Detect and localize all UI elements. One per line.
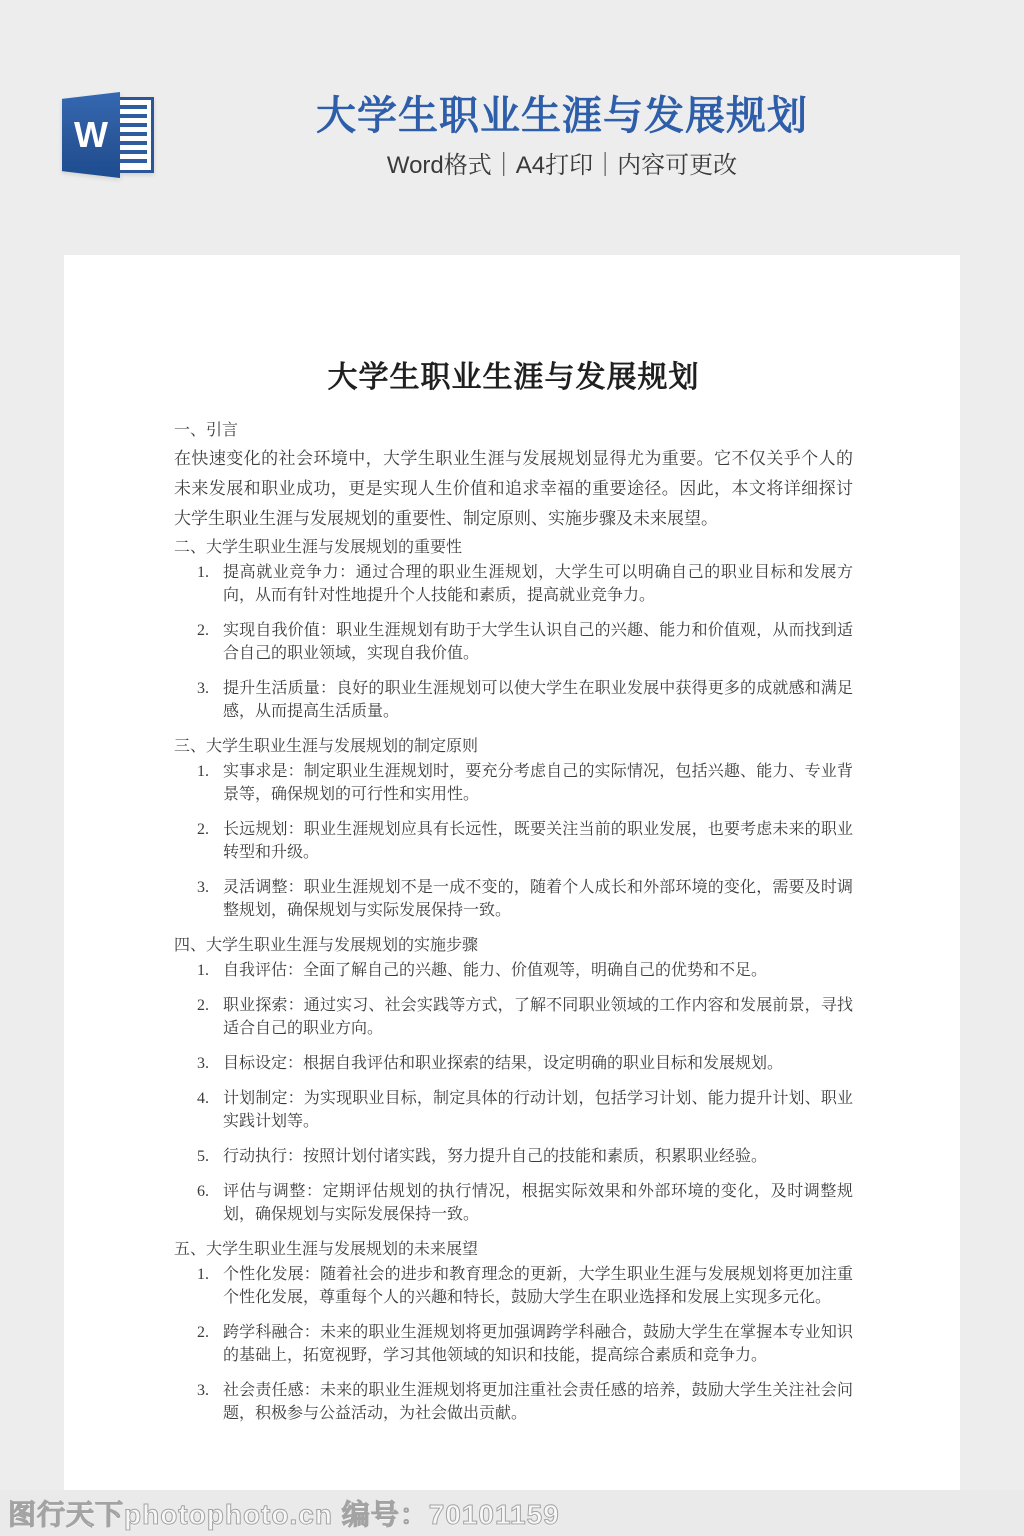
list-item-text: 灵活调整：职业生涯规划不是一成不变的，随着个人成长和外部环境的变化，需要及时调整… [223, 876, 853, 922]
list-item-number: 2. [197, 619, 223, 665]
list-item-text: 自我评估：全面了解自己的兴趣、能力、价值观等，明确自己的优势和不足。 [223, 959, 853, 982]
template-preview-page: { "header": { "title": "大学生职业生涯与发展规划", "… [0, 0, 1024, 1536]
list-item: 1.自我评估：全面了解自己的兴趣、能力、价值观等，明确自己的优势和不足。 [174, 959, 853, 982]
list-item: 1.个性化发展：随着社会的进步和教育理念的更新，大学生职业生涯与发展规划将更加注… [174, 1263, 853, 1309]
list-item: 4.计划制定：为实现职业目标，制定具体的行动计划，包括学习计划、能力提升计划、职… [174, 1087, 853, 1133]
header-title: 大学生职业生涯与发展规划 [100, 92, 1024, 140]
document-body: 一、引言在快速变化的社会环境中，大学生职业生涯与发展规划显得尤为重要。它不仅关乎… [174, 419, 853, 1425]
list-item-text: 提高就业竞争力：通过合理的职业生涯规划，大学生可以明确自己的职业目标和发展方向，… [223, 561, 853, 607]
list-item-number: 3. [197, 1379, 223, 1425]
list-item-number: 1. [197, 561, 223, 607]
list-item: 6.评估与调整：定期评估规划的执行情况，根据实际效果和外部环境的变化，及时调整规… [174, 1180, 853, 1226]
section-heading: 二、大学生职业生涯与发展规划的重要性 [174, 536, 853, 559]
list-item: 2.长远规划：职业生涯规划应具有长远性，既要关注当前的职业发展，也要考虑未来的职… [174, 818, 853, 864]
list-item-number: 6. [197, 1180, 223, 1226]
list-item-text: 行动执行：按照计划付诸实践，努力提升自己的技能和素质，积累职业经验。 [223, 1145, 853, 1168]
list-item: 2.职业探索：通过实习、社会实践等方式，了解不同职业领域的工作内容和发展前景，寻… [174, 994, 853, 1040]
list-item-text: 职业探索：通过实习、社会实践等方式，了解不同职业领域的工作内容和发展前景，寻找适… [223, 994, 853, 1040]
watermark-text: 图行天下photophoto.cn 编号：70101159 [0, 1493, 560, 1533]
list-item-text: 提升生活质量：良好的职业生涯规划可以使大学生在职业发展中获得更多的成就感和满足感… [223, 677, 853, 723]
list-item-number: 5. [197, 1145, 223, 1168]
section-list: 1.实事求是：制定职业生涯规划时，要充分考虑自己的实际情况，包括兴趣、能力、专业… [174, 760, 853, 922]
section-list: 1.个性化发展：随着社会的进步和教育理念的更新，大学生职业生涯与发展规划将更加注… [174, 1263, 853, 1425]
list-item-number: 3. [197, 876, 223, 922]
list-item-number: 1. [197, 1263, 223, 1309]
list-item: 1.实事求是：制定职业生涯规划时，要充分考虑自己的实际情况，包括兴趣、能力、专业… [174, 760, 853, 806]
list-item-text: 评估与调整：定期评估规划的执行情况，根据实际效果和外部环境的变化，及时调整规划，… [223, 1180, 853, 1226]
list-item-text: 计划制定：为实现职业目标，制定具体的行动计划，包括学习计划、能力提升计划、职业实… [223, 1087, 853, 1133]
section-heading: 四、大学生职业生涯与发展规划的实施步骤 [174, 934, 853, 957]
list-item-number: 4. [197, 1087, 223, 1133]
list-item: 3.社会责任感：未来的职业生涯规划将更加注重社会责任感的培养，鼓励大学生关注社会… [174, 1379, 853, 1425]
section-list: 1.提高就业竞争力：通过合理的职业生涯规划，大学生可以明确自己的职业目标和发展方… [174, 561, 853, 723]
list-item-number: 3. [197, 677, 223, 723]
header-text-block: 大学生职业生涯与发展规划 Word格式｜A4打印｜内容可更改 [100, 92, 1024, 180]
document-page: 大学生职业生涯与发展规划 一、引言在快速变化的社会环境中，大学生职业生涯与发展规… [64, 255, 960, 1490]
list-item-number: 2. [197, 994, 223, 1040]
list-item: 3.提升生活质量：良好的职业生涯规划可以使大学生在职业发展中获得更多的成就感和满… [174, 677, 853, 723]
list-item-text: 实现自我价值：职业生涯规划有助于大学生认识自己的兴趣、能力和价值观，从而找到适合… [223, 619, 853, 665]
header: W 大学生职业生涯与发展规划 Word格式｜A4打印｜内容可更改 [0, 0, 1024, 255]
list-item-number: 1. [197, 959, 223, 982]
watermark-bar: 图行天下photophoto.cn 编号：70101159 [0, 1490, 1024, 1536]
list-item: 5.行动执行：按照计划付诸实践，努力提升自己的技能和素质，积累职业经验。 [174, 1145, 853, 1168]
section-paragraph: 在快速变化的社会环境中，大学生职业生涯与发展规划显得尤为重要。它不仅关乎个人的未… [174, 444, 853, 534]
list-item: 1.提高就业竞争力：通过合理的职业生涯规划，大学生可以明确自己的职业目标和发展方… [174, 561, 853, 607]
list-item-text: 跨学科融合：未来的职业生涯规划将更加强调跨学科融合，鼓励大学生在掌握本专业知识的… [223, 1321, 853, 1367]
section-heading: 五、大学生职业生涯与发展规划的未来展望 [174, 1238, 853, 1261]
section-heading: 三、大学生职业生涯与发展规划的制定原则 [174, 735, 853, 758]
list-item-text: 目标设定：根据自我评估和职业探索的结果，设定明确的职业目标和发展规划。 [223, 1052, 853, 1075]
list-item: 2.跨学科融合：未来的职业生涯规划将更加强调跨学科融合，鼓励大学生在掌握本专业知… [174, 1321, 853, 1367]
list-item-text: 社会责任感：未来的职业生涯规划将更加注重社会责任感的培养，鼓励大学生关注社会问题… [223, 1379, 853, 1425]
list-item: 2.实现自我价值：职业生涯规划有助于大学生认识自己的兴趣、能力和价值观，从而找到… [174, 619, 853, 665]
list-item-number: 3. [197, 1052, 223, 1075]
list-item-number: 2. [197, 818, 223, 864]
list-item-text: 长远规划：职业生涯规划应具有长远性，既要关注当前的职业发展，也要考虑未来的职业转… [223, 818, 853, 864]
section-heading: 一、引言 [174, 419, 853, 442]
header-subtitle: Word格式｜A4打印｜内容可更改 [100, 152, 1024, 180]
list-item: 3.灵活调整：职业生涯规划不是一成不变的，随着个人成长和外部环境的变化，需要及时… [174, 876, 853, 922]
document-title: 大学生职业生涯与发展规划 [174, 360, 853, 396]
list-item-text: 个性化发展：随着社会的进步和教育理念的更新，大学生职业生涯与发展规划将更加注重个… [223, 1263, 853, 1309]
list-item: 3.目标设定：根据自我评估和职业探索的结果，设定明确的职业目标和发展规划。 [174, 1052, 853, 1075]
section-list: 1.自我评估：全面了解自己的兴趣、能力、价值观等，明确自己的优势和不足。2.职业… [174, 959, 853, 1226]
list-item-text: 实事求是：制定职业生涯规划时，要充分考虑自己的实际情况，包括兴趣、能力、专业背景… [223, 760, 853, 806]
list-item-number: 2. [197, 1321, 223, 1367]
list-item-number: 1. [197, 760, 223, 806]
